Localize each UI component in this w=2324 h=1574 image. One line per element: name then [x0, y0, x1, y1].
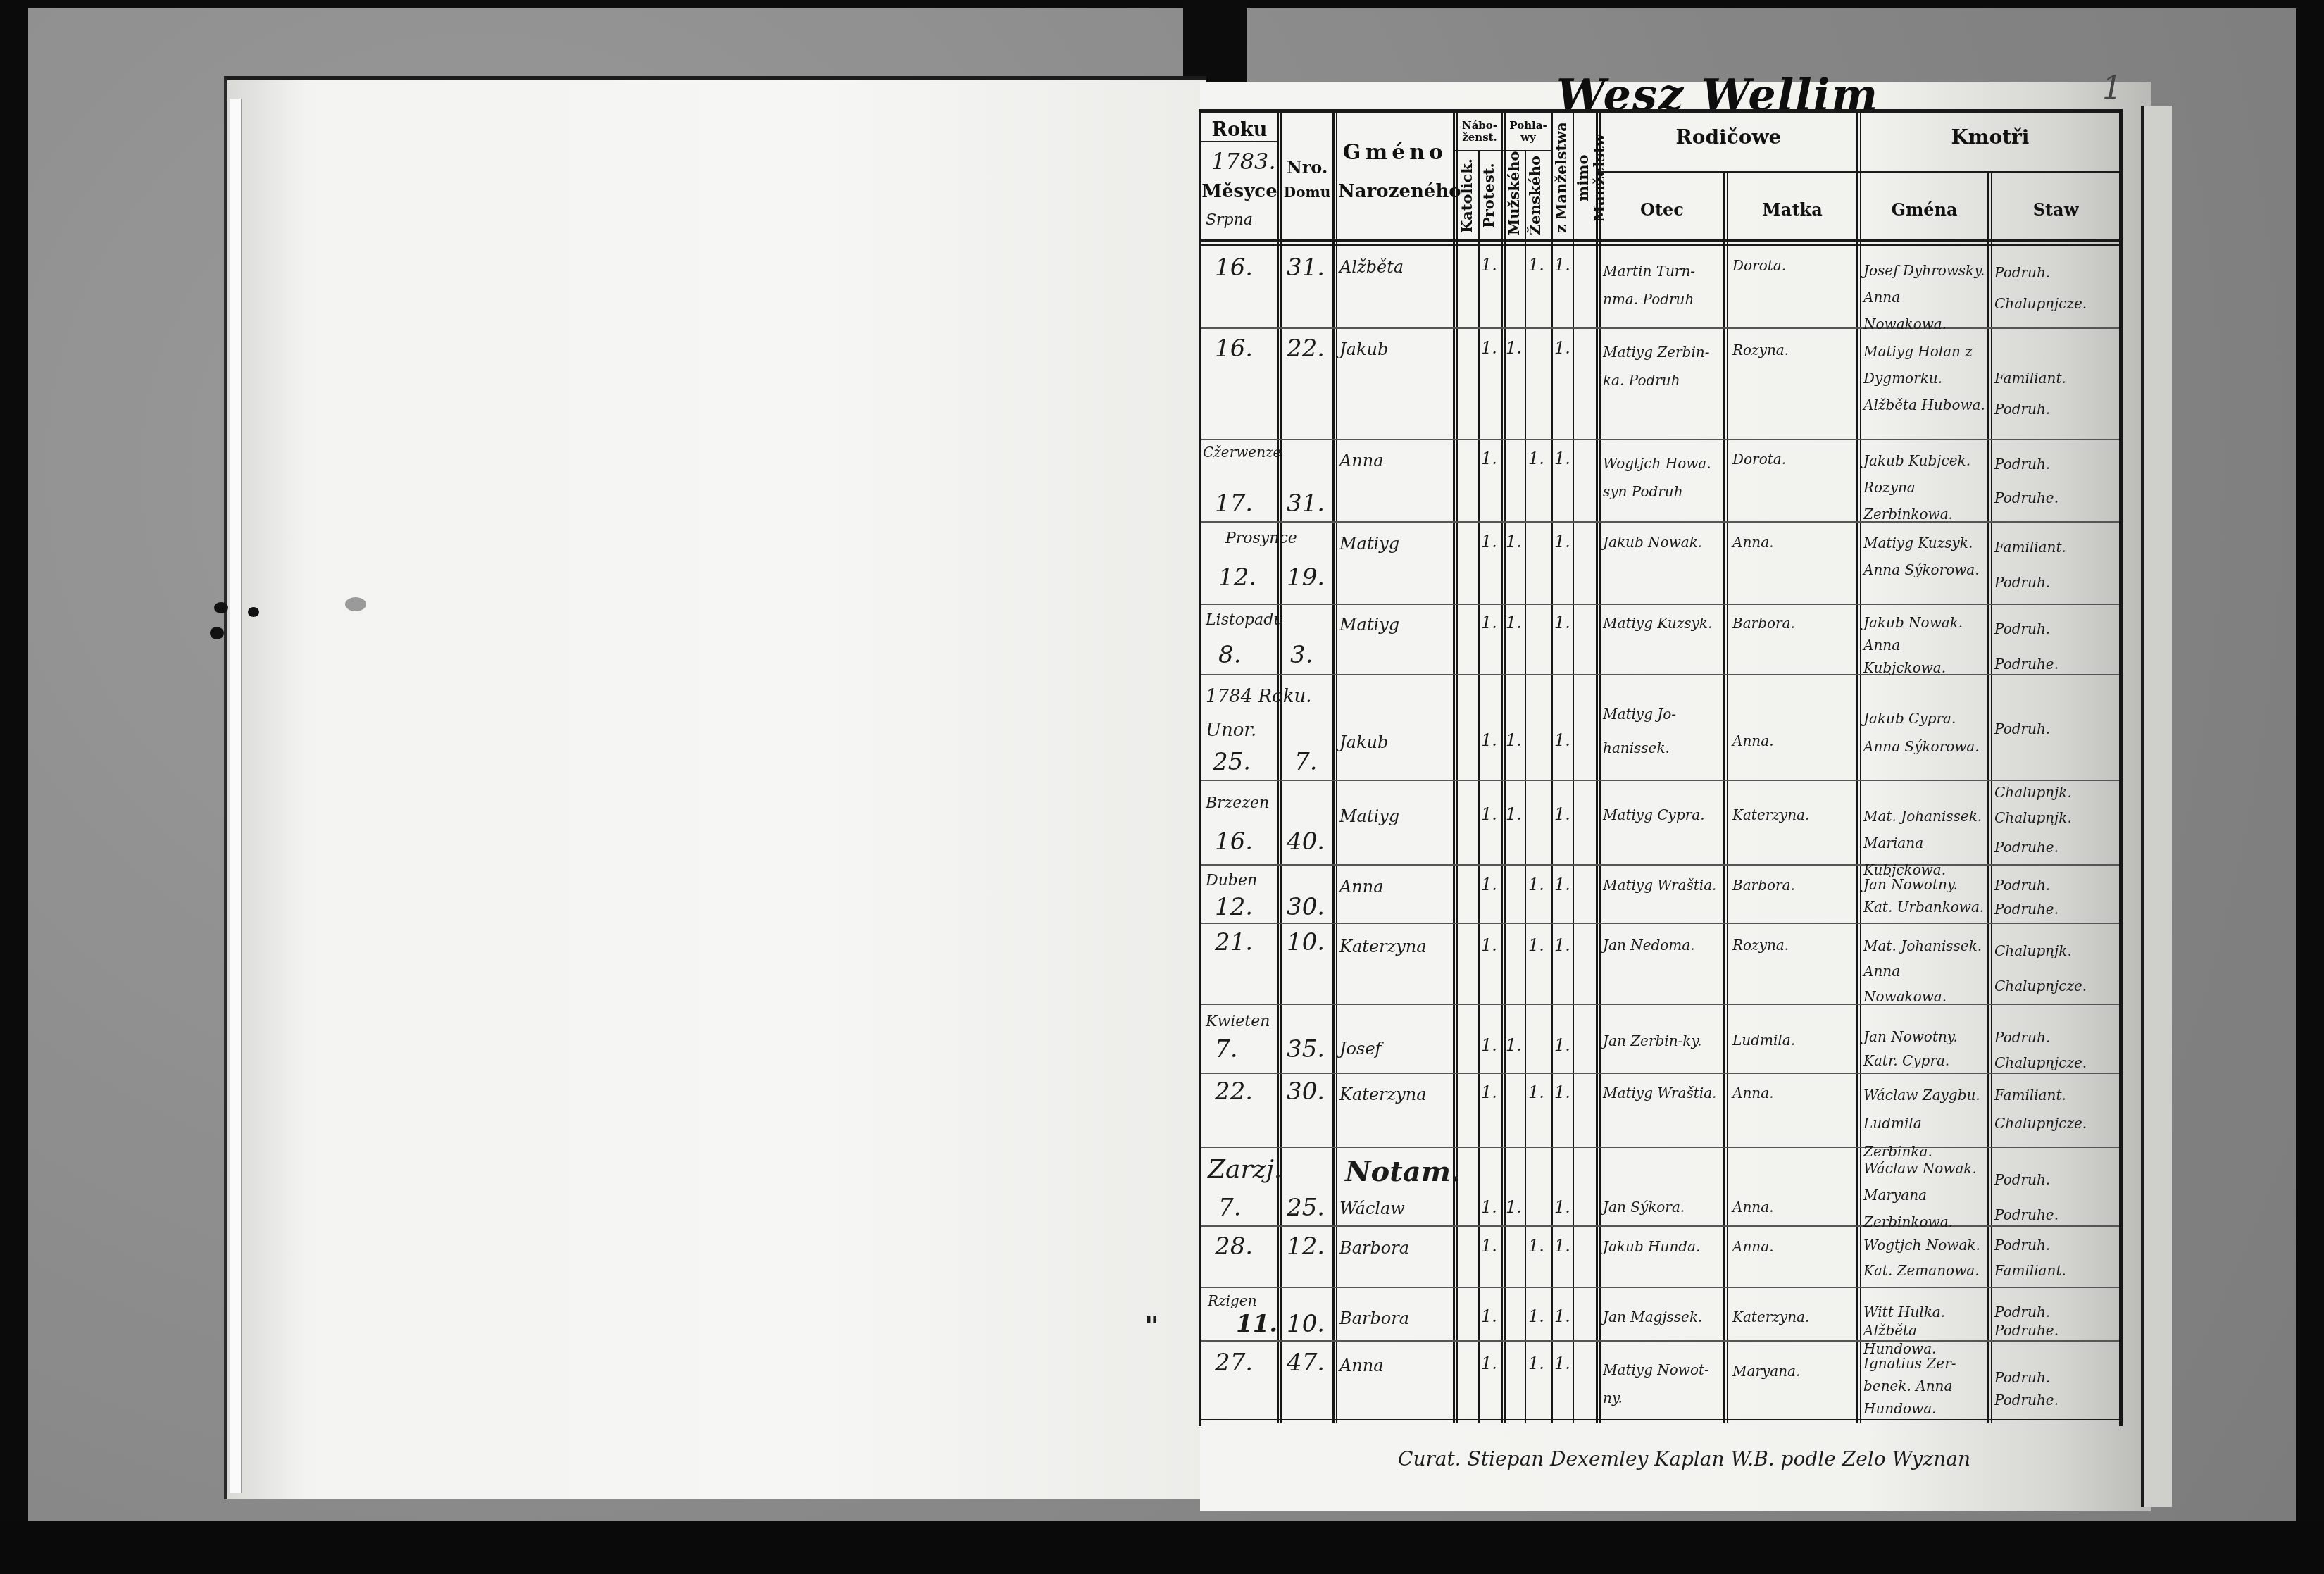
- row-month: Rzigen: [1208, 1292, 1257, 1309]
- row-child-name: Katerzyna: [1339, 1085, 1427, 1104]
- ink-stain: [214, 602, 228, 613]
- row-godparents: Jakub Cypra. Anna Sýkorowa.: [1863, 704, 1987, 761]
- row-v-manzelstwa: 1.: [1554, 730, 1570, 750]
- row-status: Podruh. Chalupnjcze.: [1994, 1025, 2118, 1075]
- header-protest: Protest.: [1480, 156, 1500, 235]
- row-father: Matiyg Cypra.: [1603, 806, 1705, 823]
- row-month: 1784 Roku. Unor.: [1206, 680, 1318, 747]
- row-day: 16.: [1215, 827, 1253, 856]
- row-godparents: Ignatius Zer-benek. Anna Hundowa.: [1863, 1352, 1987, 1420]
- row-status: Podruh. Podruhe.: [1994, 447, 2118, 515]
- row-child-name: Katerzyna: [1339, 937, 1427, 956]
- row-status: Podruh. Podruhe.: [1994, 1303, 2118, 1339]
- row-mother: Anna.: [1732, 732, 1774, 749]
- header-v-manzelstwa: z Manželstwa: [1553, 120, 1573, 236]
- row-v-manzelstwa: 1.: [1554, 1197, 1570, 1217]
- row-house: 10.: [1287, 928, 1325, 956]
- row-zenskeho: 1.: [1528, 1082, 1544, 1102]
- header-mimo-manzelstwa: mimo Manželstw: [1575, 120, 1596, 236]
- row-house: 31.: [1287, 254, 1325, 282]
- row-mother: Anna.: [1732, 534, 1774, 551]
- col-line: [1525, 151, 1526, 1423]
- row-v-manzelstwa: 1.: [1554, 1236, 1570, 1256]
- ink-stain: [210, 627, 224, 639]
- row-house: 22.: [1287, 335, 1325, 363]
- row-godparents: Matiyg Kuzsyk. Anna Sýkorowa.: [1863, 530, 1987, 583]
- row-v-manzelstwa: 1.: [1554, 1035, 1570, 1055]
- header-gmeno: Gméno: [1338, 141, 1452, 164]
- row-protest: 1.: [1481, 1035, 1497, 1055]
- header-zenskeho: Ženského: [1527, 156, 1549, 235]
- header-staw: Staw: [1992, 201, 2119, 219]
- row-month: Duben: [1206, 872, 1257, 889]
- row-day: 28.: [1215, 1232, 1253, 1261]
- row-house: 30.: [1287, 1078, 1325, 1106]
- row-day: 12.: [1215, 893, 1253, 921]
- row-house: 19.: [1287, 563, 1325, 592]
- nabozenstwi-subdivider: [1454, 150, 1553, 151]
- village-title: Wesz Wellim: [1556, 69, 1879, 120]
- row-child-name: Anna: [1339, 1356, 1384, 1375]
- row-v-manzelstwa: 1.: [1554, 613, 1570, 632]
- col-line: [1478, 151, 1480, 1423]
- header-mesyce: Měsyce: [1201, 182, 1277, 202]
- row-zenskeho: 1.: [1528, 449, 1544, 468]
- row-month: Prosynce: [1225, 530, 1297, 547]
- row-month: Listopadu: [1206, 611, 1283, 629]
- row-mother: Ludmila.: [1732, 1032, 1795, 1049]
- row-protest: 1.: [1481, 613, 1497, 632]
- row-day: 17.: [1215, 489, 1253, 518]
- header-nabozenstwi: Nábo- ženst.: [1458, 120, 1501, 143]
- row-v-manzelstwa: 1.: [1554, 449, 1570, 468]
- row-house: 40.: [1287, 827, 1325, 856]
- row-divider: [1201, 439, 2119, 440]
- row-protest: 1.: [1481, 935, 1497, 955]
- row-day: 16.: [1215, 335, 1253, 363]
- row-status: Podruh. Podruhe.: [1994, 1366, 2118, 1411]
- row-day: 12.: [1218, 563, 1256, 592]
- row-v-manzelstwa: 1.: [1554, 532, 1570, 551]
- row-father: Jakub Nowak.: [1603, 534, 1702, 551]
- row-father: Matiyg Nowot-ny.: [1603, 1356, 1723, 1412]
- scan-bottom-edge: [0, 1521, 2324, 1574]
- row-father: Matiyg Zerbin-ka. Podruh: [1603, 338, 1723, 394]
- row-v-manzelstwa: 1.: [1554, 804, 1570, 824]
- col-line: [1987, 173, 1989, 1423]
- header-matka: Matka: [1728, 201, 1856, 219]
- row-godparents: Wogtjch Nowak. Kat. Zemanowa.: [1863, 1232, 1987, 1283]
- row-protest: 1.: [1481, 804, 1497, 824]
- header-muzskeho: Mužského: [1506, 156, 1524, 235]
- row-protest: 1.: [1481, 875, 1497, 894]
- row-divider: [1201, 1287, 2119, 1288]
- row-day: 22.: [1215, 1078, 1253, 1106]
- row-muzskeho: 1.: [1506, 338, 1522, 358]
- row-child-name: Barbora: [1339, 1308, 1409, 1328]
- row-child-name: Josef: [1339, 1039, 1381, 1058]
- table-right-border: [2119, 109, 2123, 1426]
- row-father: Matiyg Kuzsyk.: [1603, 615, 1712, 632]
- row-divider: [1201, 604, 2119, 605]
- row-status: Podruh. Familiant.: [1994, 1232, 2118, 1283]
- row-day: 7.: [1215, 1035, 1237, 1063]
- row-protest: 1.: [1481, 1354, 1497, 1373]
- ink-stain: [345, 597, 366, 611]
- row-muzskeho: 1.: [1506, 804, 1522, 824]
- row-mother: Katerzyna.: [1732, 806, 1809, 823]
- header-roku: Roku: [1201, 120, 1277, 142]
- row-child-name: Barbora: [1339, 1238, 1409, 1258]
- row-v-manzelstwa: 1.: [1554, 338, 1570, 358]
- row-house: 10.: [1287, 1310, 1325, 1338]
- row-zenskeho: 1.: [1528, 1306, 1544, 1326]
- row-status: Podruh. Podruhe.: [1994, 873, 2118, 921]
- row-day: 25.: [1213, 748, 1251, 776]
- row-zenskeho: 1.: [1528, 255, 1544, 275]
- row-muzskeho: 1.: [1506, 532, 1522, 551]
- row-status: Podruh. Podruhe.: [1994, 1162, 2118, 1232]
- row-house: 25.: [1287, 1194, 1325, 1222]
- row-status: Familiant. Chalupnjcze.: [1994, 1081, 2118, 1137]
- header-first-month: Srpna: [1206, 211, 1253, 229]
- page-number: 1: [2102, 70, 2122, 106]
- right-page-edge: [2141, 106, 2172, 1507]
- row-protest: 1.: [1481, 1082, 1497, 1102]
- row-godparents: Witt Hulka. Alžběta Hundowa.: [1863, 1303, 1987, 1358]
- row-mother: Anna.: [1732, 1238, 1774, 1255]
- row-day: 11.: [1236, 1310, 1277, 1338]
- row-father: Jan Zerbin-ky.: [1603, 1028, 1723, 1054]
- row-mother: Maryana.: [1732, 1363, 1800, 1380]
- row-mother: Anna.: [1732, 1085, 1774, 1101]
- row-mother: Rozyna.: [1732, 937, 1789, 954]
- footer-signature: Curat. Stiepan Dexemley Kaplan W.B. podl…: [1398, 1447, 1970, 1470]
- header-kmotri: Kmotři: [1861, 127, 2119, 149]
- row-godparents: Jakub Nowak. Anna Kubjckowa.: [1863, 611, 1987, 679]
- row-protest: 1.: [1481, 449, 1497, 468]
- header-nro: Nro.: [1282, 158, 1332, 177]
- left-page-blank: [224, 76, 1206, 1499]
- row-protest: 1.: [1481, 532, 1497, 551]
- row-divider: [1201, 923, 2119, 924]
- row-protest: 1.: [1481, 730, 1497, 750]
- row-day: 7.: [1218, 1194, 1241, 1222]
- row-mother: Anna.: [1732, 1199, 1774, 1216]
- row-month: Cžerwenze: [1203, 444, 1281, 461]
- row-status: Podruh. Chalupnjcze.: [1994, 257, 2118, 319]
- row-godparents: Wáclaw Zaygbu. Ludmila Zerbinka.: [1863, 1081, 1987, 1166]
- row-child-name: Matiyg: [1339, 806, 1399, 826]
- row-divider: [1201, 1073, 2119, 1074]
- header-rodicowe: Rodičowe: [1601, 127, 1856, 149]
- row-house: 12.: [1287, 1232, 1325, 1261]
- row-v-manzelstwa: 1.: [1554, 1354, 1570, 1373]
- row-child-name: Anna: [1339, 451, 1384, 470]
- header-gmena: Gména: [1861, 201, 1987, 219]
- header-bottom-border-2: [1199, 244, 2122, 246]
- row-father: Jan Sýkora.: [1603, 1199, 1685, 1216]
- row-godparents: Wáclaw Nowak. Maryana Zerbinkowa.: [1863, 1155, 1987, 1235]
- row-protest: 1.: [1481, 1306, 1497, 1326]
- row-status: Podruh. Podruhe.: [1994, 611, 2118, 682]
- left-page-edge: [230, 99, 242, 1493]
- row-father: Jan Nedoma.: [1603, 937, 1695, 954]
- row-zenskeho: 1.: [1528, 1236, 1544, 1256]
- row-month: Zarzj.: [1208, 1155, 1282, 1184]
- row-status: Chalupnjk. Podruhe.: [1994, 803, 2118, 862]
- row-house: 7.: [1294, 748, 1317, 776]
- row-mother: Katerzyna.: [1732, 1308, 1809, 1325]
- row-protest: 1.: [1481, 1236, 1497, 1256]
- row-child-name: Anna: [1339, 877, 1384, 897]
- col-line: [1991, 173, 1992, 1423]
- row-zenskeho: 1.: [1528, 875, 1544, 894]
- row-child-name: Matiyg: [1339, 534, 1399, 554]
- row-godparents: Jan Nowotny. Katr. Cypra.: [1863, 1025, 1987, 1073]
- table-left-border: [1199, 109, 1201, 1426]
- row-v-manzelstwa: 1.: [1554, 1082, 1570, 1102]
- header-year: 1783.: [1211, 148, 1276, 175]
- row-mother: Barbora.: [1732, 615, 1795, 632]
- row-mother: Dorota.: [1732, 451, 1786, 468]
- row-godparents: Mat. Johanissek. Anna Nowakowa.: [1863, 933, 1987, 1009]
- row-godparents: Jan Nowotny. Kat. Urbankowa.: [1863, 873, 1987, 918]
- row-v-manzelstwa: 1.: [1554, 875, 1570, 894]
- ink-stain: [248, 607, 259, 617]
- header-domu: Domu: [1282, 185, 1332, 200]
- row-godparents: Jakub Kubjcek. Rozyna Zerbinkowa.: [1863, 447, 1987, 527]
- row-house: 47.: [1287, 1349, 1325, 1377]
- row-mother: Dorota.: [1732, 257, 1786, 274]
- table-top-border: [1199, 109, 2122, 113]
- row-v-manzelstwa: 1.: [1554, 255, 1570, 275]
- row-status: Chalupnjk. Chalupnjcze.: [1994, 933, 2118, 1004]
- header-pohlawy: Pohla- wy: [1506, 120, 1551, 143]
- row-v-manzelstwa: 1.: [1554, 1306, 1570, 1326]
- row-father: Wogtjch Howa. syn Podruh: [1603, 449, 1723, 506]
- header-katolick: Katolick.: [1458, 156, 1478, 235]
- row-status: Familiant. Podruh.: [1994, 363, 2118, 425]
- row-muzskeho: 1.: [1506, 1035, 1522, 1055]
- row-v-manzelstwa: 1.: [1554, 935, 1570, 955]
- row-zenskeho: 1.: [1528, 935, 1544, 955]
- row-house: 3.: [1290, 641, 1313, 669]
- row-day: 8.: [1218, 641, 1241, 669]
- header-bottom-border: [1199, 239, 2122, 242]
- row-child-name: Wáclaw: [1339, 1199, 1405, 1218]
- row-godparents: Matiyg Holan z Dygmorku. Alžběta Hubowa.: [1863, 338, 1987, 418]
- row-child-name: Jakub: [1339, 732, 1388, 752]
- col-line: [1727, 173, 1728, 1423]
- row-zenskeho: 1.: [1528, 1354, 1544, 1373]
- row-protest: 1.: [1481, 1197, 1497, 1217]
- row-child-name: Jakub: [1339, 339, 1388, 359]
- row-godparents: Josef Dyhrowsky. Anna Nowakowa.: [1863, 257, 1987, 337]
- row-mother: Rozyna.: [1732, 342, 1789, 358]
- row-day: 16.: [1215, 254, 1253, 282]
- row-father: Matiyg Wraštia.: [1603, 1085, 1716, 1101]
- row-house: 30.: [1287, 893, 1325, 921]
- row-godparents: Mat. Johanissek. Mariana Kubjckowa.: [1863, 803, 1987, 883]
- row-day: 27.: [1215, 1349, 1253, 1377]
- row-father: Martin Turn-nma. Podruh: [1603, 257, 1723, 313]
- row-month: Brzezen: [1206, 794, 1269, 812]
- row-house: 31.: [1287, 489, 1325, 518]
- row-muzskeho: 1.: [1506, 730, 1522, 750]
- header-narozeneho: Narozeného: [1338, 182, 1452, 202]
- row-divider: [1201, 780, 2119, 781]
- row-house: 35.: [1287, 1035, 1325, 1063]
- row-note: Notam.: [1345, 1155, 1461, 1188]
- row-muzskeho: 1.: [1506, 613, 1522, 632]
- row-status: Familiant. Podruh.: [1994, 530, 2118, 600]
- row-protest: 1.: [1481, 338, 1497, 358]
- row-month: Kwieten: [1206, 1013, 1270, 1030]
- row-child-name: Alžběta: [1339, 257, 1404, 277]
- row-father: Jakub Hunda.: [1603, 1238, 1700, 1255]
- row-protest: 1.: [1481, 255, 1497, 275]
- row-child-name: Matiyg: [1339, 615, 1399, 635]
- row-muzskeho: 1.: [1506, 1197, 1522, 1217]
- row-mother: Barbora.: [1732, 877, 1795, 894]
- row-father: Jan Magjssek.: [1603, 1308, 1702, 1325]
- row-day: 21.: [1215, 928, 1253, 956]
- left-margin-mark: ": [1144, 1310, 1159, 1343]
- row-father: Matiyg Wraštia.: [1603, 877, 1716, 894]
- header-otec: Otec: [1601, 201, 1723, 219]
- row-father: Matiyg Jo-hanissek.: [1603, 697, 1723, 765]
- col-line: [1723, 173, 1725, 1423]
